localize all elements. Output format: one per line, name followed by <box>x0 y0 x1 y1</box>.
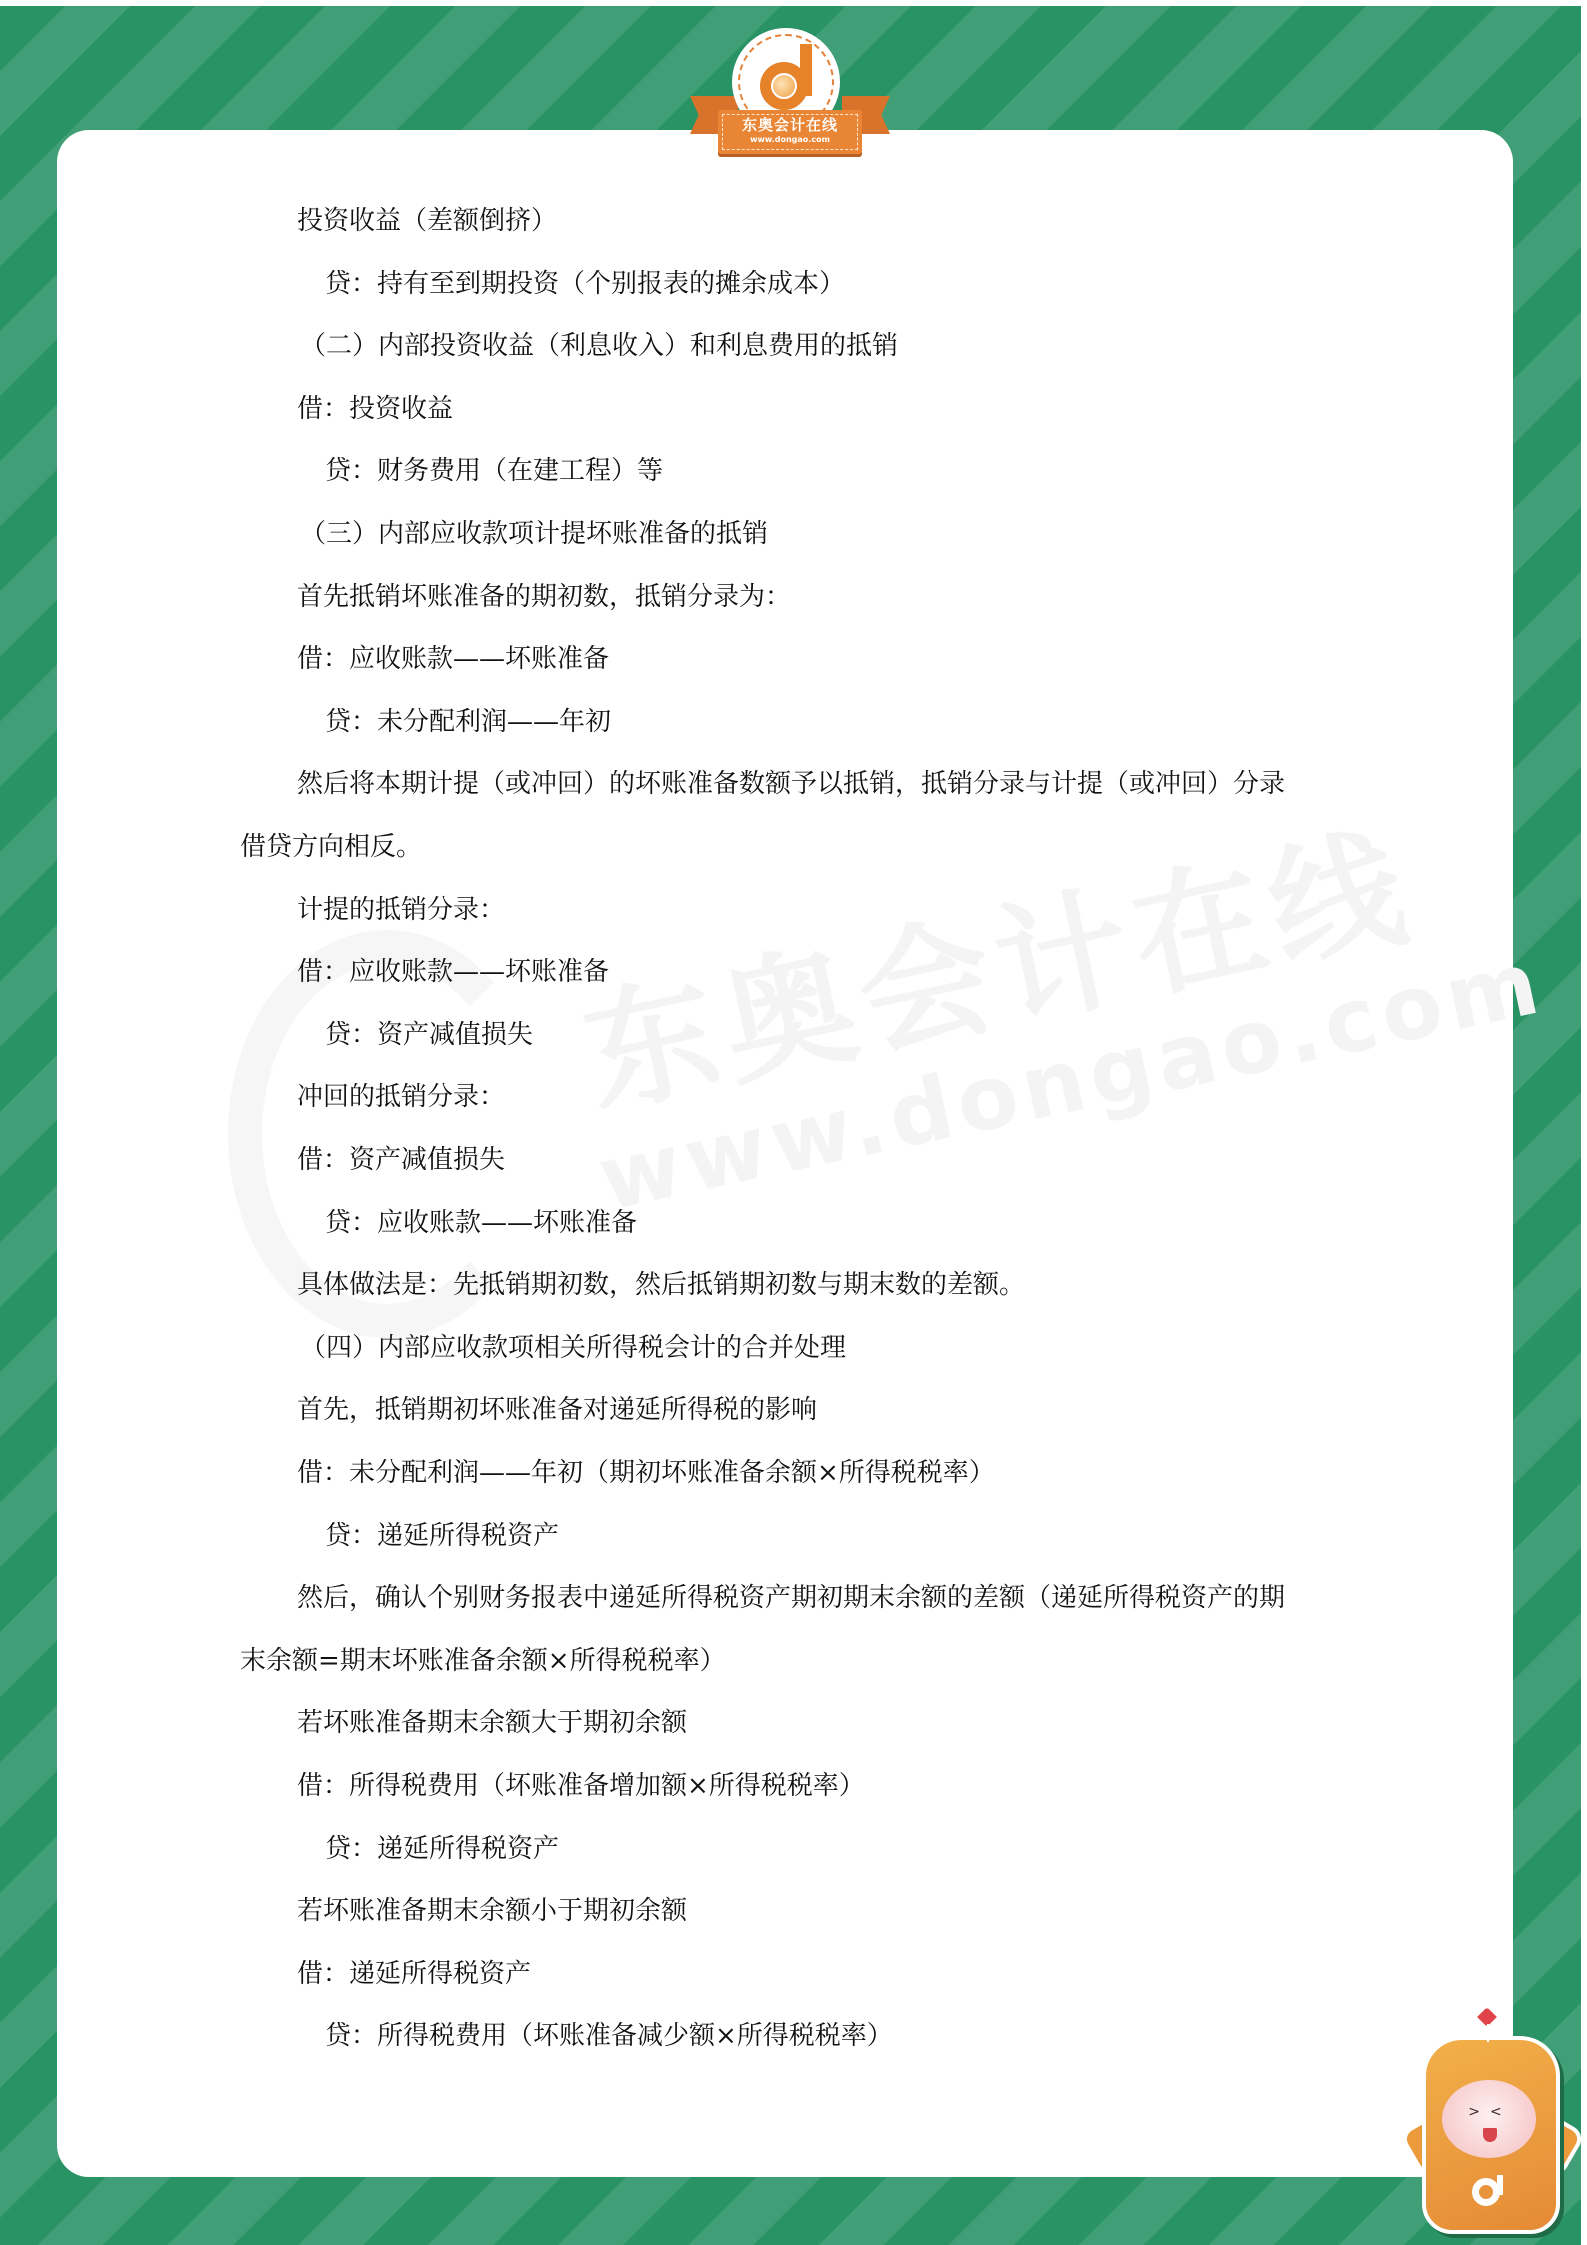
text-line: 借：所得税费用（坏账准备增加额×所得税税率） <box>297 1770 865 1802</box>
text-line: 末余额=期末坏账准备余额×所得税税率） <box>240 1645 726 1677</box>
text-line: 首先，抵销期初坏账准备对递延所得税的影响 <box>297 1394 817 1426</box>
mascot-antenna <box>1487 2024 1489 2042</box>
text-line: 冲回的抵销分录： <box>297 1081 505 1113</box>
mascot-eyes: >< <box>1460 2104 1520 2120</box>
text-line: 借：未分配利润——年初（期初坏账准备余额×所得税税率） <box>297 1457 995 1489</box>
text-line: 贷：财务费用（在建工程）等 <box>325 455 663 487</box>
logo-ribbon: 东奥会计在线 www.dongao.com <box>718 110 862 154</box>
content-card <box>57 130 1513 2177</box>
text-line: 贷：所得税费用（坏账准备减少额×所得税税率） <box>325 2020 893 2052</box>
text-line: （三）内部应收款项计提坏账准备的抵销 <box>300 518 768 550</box>
logo-stem-icon <box>800 44 812 96</box>
text-line: 借：应收账款——坏账准备 <box>297 956 609 988</box>
text-line: 首先抵销坏账准备的期初数，抵销分录为： <box>297 581 791 613</box>
text-line: 计提的抵销分录： <box>297 894 505 926</box>
text-line: 贷：持有至到期投资（个别报表的摊余成本） <box>325 268 845 300</box>
text-line: （二）内部投资收益（利息收入）和利息费用的抵销 <box>300 330 898 362</box>
text-line: 借：递延所得税资产 <box>297 1958 531 1990</box>
text-line: 若坏账准备期末余额大于期初余额 <box>297 1707 687 1739</box>
text-line: 贷：应收账款——坏账准备 <box>325 1207 637 1239</box>
text-line: 贷：未分配利润——年初 <box>325 706 611 738</box>
text-line: 贷：递延所得税资产 <box>325 1833 559 1865</box>
text-line: 借：资产减值损失 <box>297 1144 505 1176</box>
text-line: 借：应收账款——坏账准备 <box>297 643 609 675</box>
brand-name: 东奥会计在线 <box>718 110 862 134</box>
mascot-mouth <box>1483 2128 1497 2142</box>
logo-dot-icon <box>773 75 795 97</box>
text-line: 投资收益（差额倒挤） <box>297 205 557 237</box>
text-line: 若坏账准备期末余额小于期初余额 <box>297 1895 687 1927</box>
brand-logo: 东奥会计在线 www.dongao.com <box>690 30 890 165</box>
brand-url: www.dongao.com <box>718 134 862 146</box>
text-line: 贷：递延所得税资产 <box>325 1520 559 1552</box>
text-line: 具体做法是：先抵销期初数，然后抵销期初数与期末数的差额。 <box>297 1269 1025 1301</box>
mascot-logo-icon <box>1472 2178 1500 2206</box>
text-line: （四）内部应收款项相关所得税会计的合并处理 <box>300 1332 846 1364</box>
text-line: 贷：资产减值损失 <box>325 1019 533 1051</box>
text-line: 然后，确认个别财务报表中递延所得税资产期初期末余额的差额（递延所得税资产的期 <box>297 1582 1285 1614</box>
mascot-character-icon: >< <box>1410 2000 1570 2240</box>
text-line: 然后将本期计提（或冲回）的坏账准备数额予以抵销，抵销分录与计提（或冲回）分录 <box>297 768 1285 800</box>
text-line: 借：投资收益 <box>297 393 453 425</box>
text-line: 借贷方向相反。 <box>240 831 422 863</box>
